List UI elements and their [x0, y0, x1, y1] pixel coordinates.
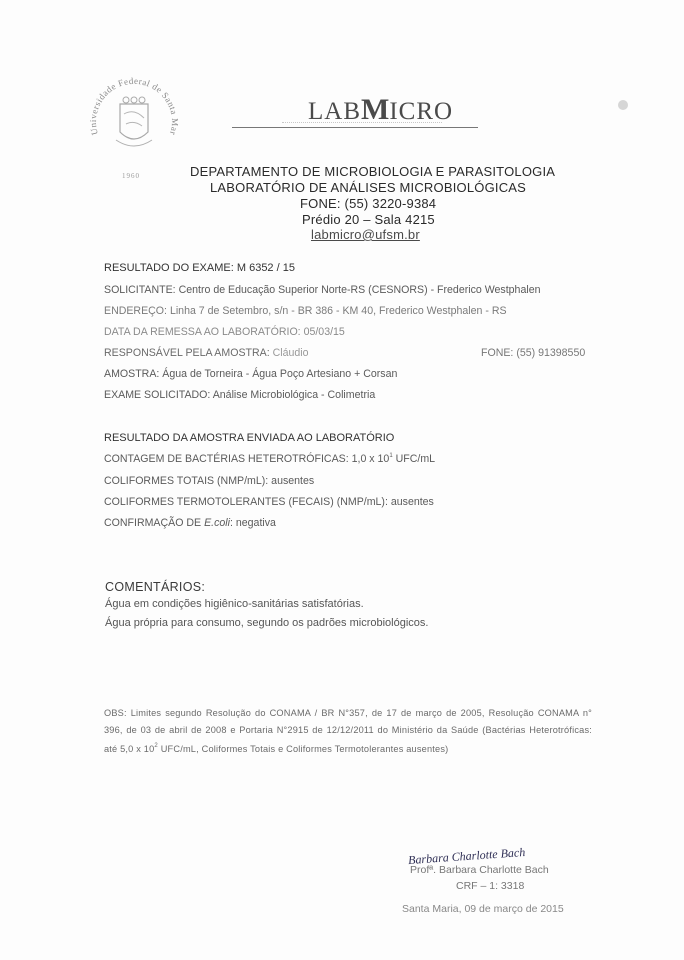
requester-line: SOLICITANTE: Centro de Educação Superior…: [104, 284, 540, 296]
responsible-line: RESPONSÁVEL PELA AMOSTRA: Cláudio: [104, 347, 309, 359]
ecoli-label: CONFIRMAÇÃO DE: [104, 517, 201, 529]
logo-suffix: ICRO: [389, 98, 453, 125]
signatory-crf: CRF – 1: 3318: [456, 880, 524, 892]
seal-emblem-icon: Universidade Federal de Santa Maria: [86, 74, 182, 170]
exam-result-id: RESULTADO DO EXAME: M 6352 / 15: [104, 262, 295, 274]
total-coliforms-value: ausentes: [271, 475, 314, 487]
comment-line: Água própria para consumo, segundo os pa…: [105, 617, 428, 629]
heterotrophic-exponent: 1: [389, 453, 392, 459]
responsible-label: RESPONSÁVEL PELA AMOSTRA:: [104, 347, 270, 359]
logo-divider: [232, 127, 478, 128]
thermo-coliforms-value: ausentes: [391, 496, 434, 508]
place-and-date: Santa Maria, 09 de março de 2015: [402, 903, 564, 915]
ecoli-line: CONFIRMAÇÃO DE E.coli: negativa: [104, 517, 276, 529]
thermo-coliforms-line: COLIFORMES TERMOTOLERANTES (FECAIS) (NMP…: [104, 496, 434, 508]
shipment-date-value: 05/03/15: [304, 326, 345, 338]
ecoli-value: : negativa: [230, 517, 276, 529]
total-coliforms-line: COLIFORMES TOTAIS (NMP/mL): ausentes: [104, 475, 314, 487]
signatory-name: Profª. Barbara Charlotte Bach: [410, 864, 549, 876]
shipment-date-line: DATA DA REMESSA AO LABORATÓRIO: 05/03/15: [104, 326, 345, 338]
sample-value: Água de Torneira - Água Poço Artesiano +…: [162, 368, 397, 380]
lab-phone: FONE: (55) 3220-9384: [300, 196, 440, 211]
lab-email-link[interactable]: labmicro@ufsm.br: [311, 227, 451, 242]
requester-label: SOLICITANTE:: [104, 284, 176, 296]
sample-line: AMOSTRA: Água de Torneira - Água Poço Ar…: [104, 368, 397, 380]
responsible-phone: FONE: (55) 91398550: [481, 347, 585, 359]
corner-stamp-mark: [618, 100, 628, 110]
heterotrophic-label: CONTAGEM DE BACTÉRIAS HETEROTRÓFICAS:: [104, 453, 349, 465]
requested-exam-line: EXAME SOLICITADO: Análise Microbiológica…: [104, 389, 375, 401]
requester-value: Centro de Educação Superior Norte-RS (CE…: [179, 284, 541, 296]
comment-line: Água em condições higiênico-sanitárias s…: [105, 598, 364, 610]
results-title: RESULTADO DA AMOSTRA ENVIADA AO LABORATÓ…: [104, 432, 394, 444]
requested-exam-label: EXAME SOLICITADO:: [104, 389, 210, 401]
comments-title: COMENTÁRIOS:: [105, 580, 205, 594]
responsible-value: Cláudio: [273, 347, 309, 359]
address-line: ENDEREÇO: Linha 7 de Setembro, s/n - BR …: [104, 305, 507, 317]
total-coliforms-label: COLIFORMES TOTAIS (NMP/mL):: [104, 475, 268, 487]
logo-prefix: LAB: [308, 98, 361, 125]
exam-result-label: RESULTADO DO EXAME:: [104, 262, 234, 274]
svg-text:Universidade Federal de Santa: Universidade Federal de Santa Maria: [86, 74, 180, 137]
observations-paragraph: OBS: Limites segundo Resolução do CONAMA…: [104, 705, 592, 758]
heterotrophic-count-line: CONTAGEM DE BACTÉRIAS HETEROTRÓFICAS: 1,…: [104, 453, 435, 465]
university-seal: Universidade Federal de Santa Maria: [86, 74, 182, 170]
sample-label: AMOSTRA:: [104, 368, 159, 380]
exam-result-value: M 6352 / 15: [237, 262, 295, 274]
address-label: ENDEREÇO:: [104, 305, 167, 317]
seal-text: Universidade Federal de Santa Maria: [86, 74, 180, 137]
thermo-coliforms-label: COLIFORMES TERMOTOLERANTES (FECAIS) (NMP…: [104, 496, 388, 508]
lab-building: Prédio 20 – Sala 4215: [302, 212, 442, 227]
ecoli-organism: E.coli: [204, 517, 230, 529]
requested-exam-value: Análise Microbiológica - Colimetria: [213, 389, 376, 401]
heterotrophic-unit: UFC/mL: [396, 453, 435, 465]
seal-year: 1960: [122, 172, 140, 180]
heterotrophic-base: 1,0 x 10: [352, 453, 390, 465]
observations-text-end: UFC/mL, Coliformes Totais e Coliformes T…: [158, 744, 448, 754]
department-name: DEPARTAMENTO DE MICROBIOLOGIA E PARASITO…: [190, 164, 580, 179]
address-value: Linha 7 de Setembro, s/n - BR 386 - KM 4…: [170, 305, 507, 317]
shipment-date-label: DATA DA REMESSA AO LABORATÓRIO:: [104, 326, 301, 338]
laboratory-name: LABORATÓRIO DE ANÁLISES MICROBIOLÓGICAS: [210, 180, 550, 195]
pen-mark: ﾠ: [494, 264, 502, 275]
